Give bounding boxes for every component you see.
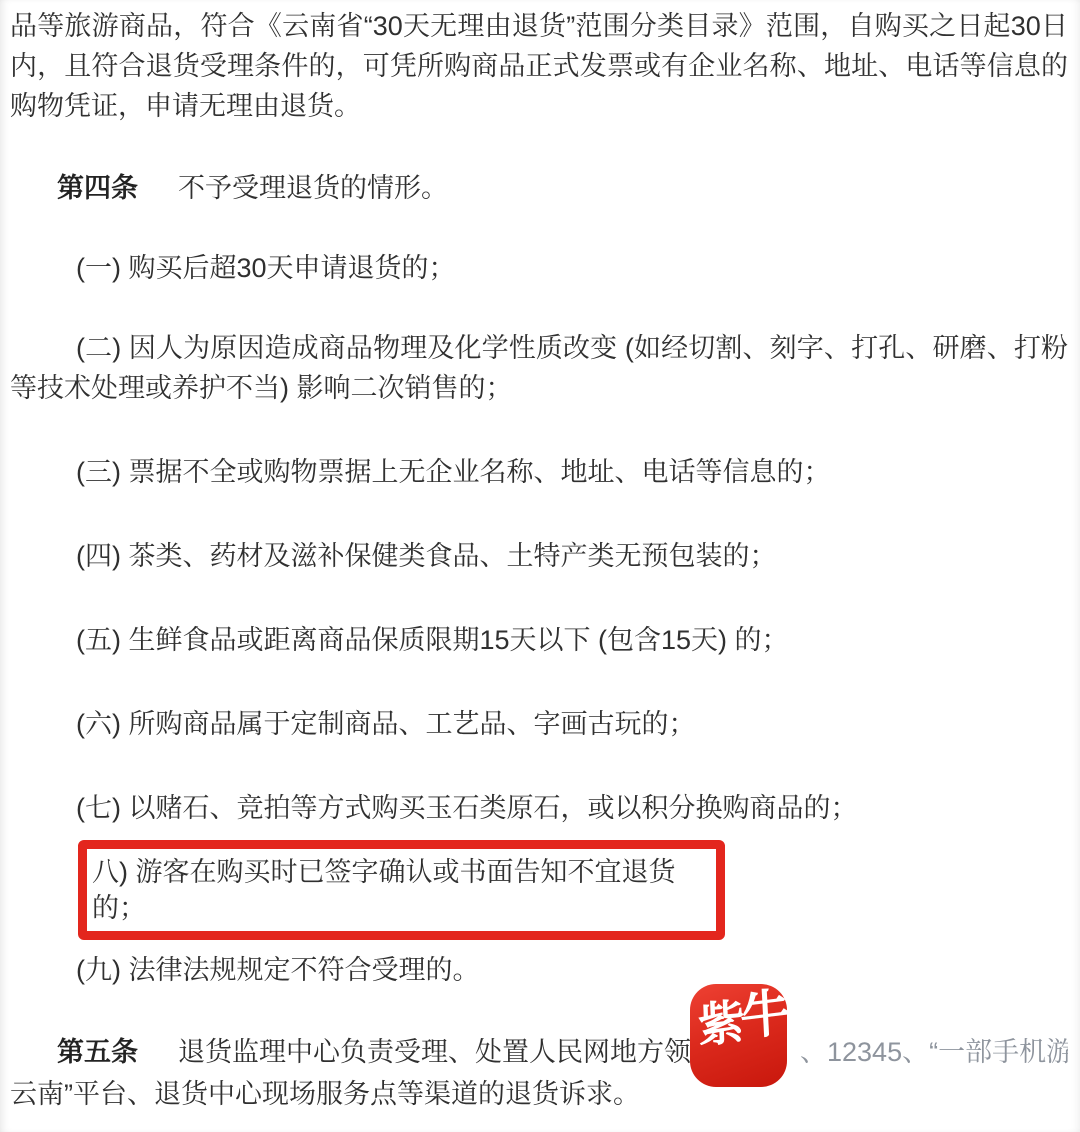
article4-item-2: (二) 因人为原因造成商品物理及化学性质改变 (如经切割、刻字、打孔、研磨、打粉… bbox=[10, 328, 1068, 408]
article4-item-5: (五) 生鲜食品或距离商品保质限期15天以下 (包含15天) 的； bbox=[10, 620, 1068, 660]
intro-paragraph: 品等旅游商品，符合《云南省“30天无理由退货”范围分类目录》范围，自购买之日起3… bbox=[10, 6, 1068, 126]
article4-heading: 第四条不予受理退货的情形。 bbox=[10, 168, 1068, 208]
page: 品等旅游商品，符合《云南省“30天无理由退货”范围分类目录》范围，自购买之日起3… bbox=[0, 0, 1080, 1132]
ziniu-news-logo-icon: 紫 牛 bbox=[690, 984, 787, 1087]
article5-label: 第五条 bbox=[57, 1037, 138, 1067]
highlight-box: 八) 游客在购买时已签字确认或书面告知不宜退货的； bbox=[78, 840, 725, 940]
article5-line1-text: 退货监理中心负责受理、处置人民网地方领导 bbox=[178, 1037, 718, 1067]
article5-line1: 第五条退货监理中心负责受理、处置人民网地方领导、12345、“一部手机游 bbox=[10, 1032, 1068, 1072]
document-body: 品等旅游商品，符合《云南省“30天无理由退货”范围分类目录》范围，自购买之日起3… bbox=[0, 0, 1080, 1116]
logo-char-niu: 牛 bbox=[739, 986, 792, 1043]
article4-title: 不予受理退货的情形。 bbox=[178, 173, 448, 203]
article4-item-7: (七) 以赌石、竞拍等方式购买玉石类原石，或以积分换购商品的； bbox=[10, 788, 1068, 828]
article4-label: 第四条 bbox=[57, 173, 138, 203]
article5-paragraph: 第五条退货监理中心负责受理、处置人民网地方领导、12345、“一部手机游 云南”… bbox=[10, 1032, 1068, 1116]
article4-item-4: (四) 茶类、药材及滋补保健类食品、土特产类无预包装的； bbox=[10, 536, 1068, 576]
article4-item-1: (一) 购买后超30天申请退货的； bbox=[10, 248, 1068, 288]
article4-item-3: (三) 票据不全或购物票据上无企业名称、地址、电话等信息的； bbox=[10, 452, 1068, 492]
article4-item-9: (九) 法律法规规定不符合受理的。 bbox=[10, 950, 1068, 990]
article4-item-6: (六) 所购商品属于定制商品、工艺品、字画古玩的； bbox=[10, 704, 1068, 744]
article5-line2: 云南”平台、退货中心现场服务点等渠道的退货诉求。 bbox=[10, 1072, 1068, 1116]
article5-faded-text: 、12345、“一部手机游 bbox=[800, 1037, 1068, 1067]
logo-char-zi: 紫 bbox=[697, 998, 745, 1049]
article4-item-8-highlighted: 八) 游客在购买时已签字确认或书面告知不宜退货的； bbox=[92, 854, 716, 926]
